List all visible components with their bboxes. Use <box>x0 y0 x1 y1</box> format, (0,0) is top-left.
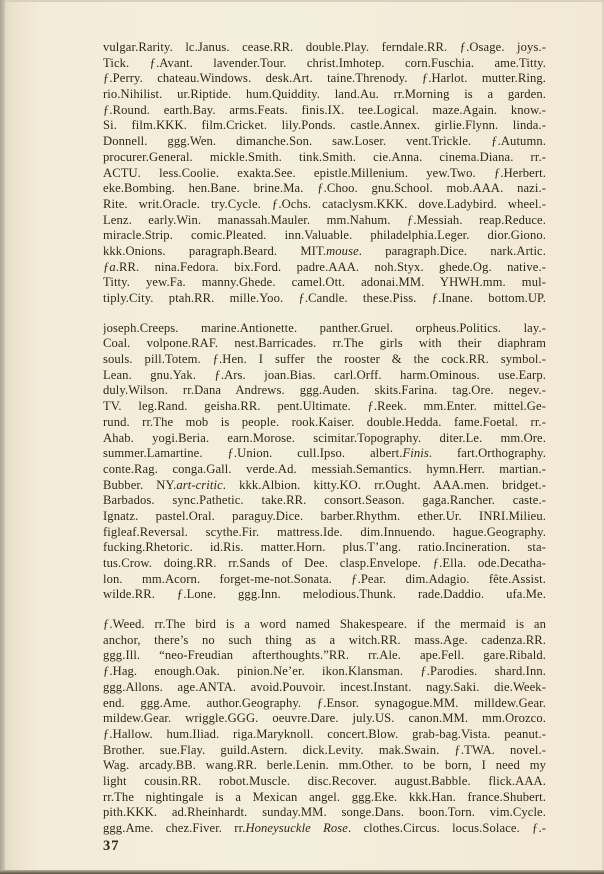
text-line: ggg.Allons. age.ANTA. avoid.Pouvoir. inc… <box>103 680 546 696</box>
text-line: procurer.General. mickle.Smith. tink.Smi… <box>103 150 546 166</box>
italic-text-segment: ƒa <box>103 260 116 274</box>
text-segment: Rite. writ.Oracle. try.Cycle. ƒ.Ochs. ca… <box>103 197 546 211</box>
text-segment: kkk.Onions. paragraph.Beard. MIT. <box>103 244 326 258</box>
text-segment: Barbados. sync.Pathetic. take.RR. consor… <box>103 493 546 507</box>
book-page: vulgar.Rarity. lc.Janus. cease.RR. doubl… <box>0 0 604 874</box>
text-segment: light cousin.RR. robot.Muscle. disc.Reco… <box>103 774 546 788</box>
text-segment: ACTU. less.Coolie. exakta.See. epistle.M… <box>103 166 546 180</box>
text-line: Rite. writ.Oracle. try.Cycle. ƒ.Ochs. ca… <box>103 197 546 213</box>
text-segment: ƒ.Hallow. hum.Iliad. riga.Maryknoll. con… <box>103 727 546 741</box>
text-line: Lean. gnu.Yak. ƒ.Ars. joan.Bias. carl.Or… <box>103 368 546 384</box>
text-segment: Lenz. early.Win. manassah.Mauler. mm.Nah… <box>103 213 546 227</box>
text-segment: lon. mm.Acorn. forget-me-not.Sonata. ƒ.P… <box>103 572 546 586</box>
text-line: duly.Wilson. rr.Dana Andrews. ggg.Auden.… <box>103 383 546 399</box>
text-segment: tus.Crow. doing.RR. rr.Sands of Dee. cla… <box>103 556 546 570</box>
text-line: tiply.City. ptah.RR. mille.Yoo. ƒ.Candle… <box>103 291 546 307</box>
text-line: lon. mm.Acorn. forget-me-not.Sonata. ƒ.P… <box>103 572 546 588</box>
text-segment: Titty. yew.Fa. manny.Ghede. camel.Ott. a… <box>103 275 546 289</box>
text-line: Tick. ƒ.Avant. lavender.Tour. christ.Imh… <box>103 56 546 72</box>
text-line: ƒ.Hag. enough.Oak. pinion.Ne’er. ikon.Kl… <box>103 664 546 680</box>
text-line: pith.KKK. ad.Rheinhardt. sunday.MM. song… <box>103 805 546 821</box>
text-segment: wilde.RR. ƒ.Lone. ggg.Inn. melodious.Thu… <box>103 587 546 601</box>
text-segment: figleaf.Reversal. scythe.Fir. mattress.I… <box>103 525 546 539</box>
text-segment: Si. film.KKK. film.Cricket. lily.Ponds. … <box>103 118 546 132</box>
text-segment: eke.Bombing. hen.Bane. brine.Ma. ƒ.Choo.… <box>103 181 546 195</box>
text-segment: Coal. volpone.RAF. nest.Barricades. rr.T… <box>103 336 546 350</box>
text-line: tus.Crow. doing.RR. rr.Sands of Dee. cla… <box>103 556 546 572</box>
text-line: ƒ.Hallow. hum.Iliad. riga.Maryknoll. con… <box>103 727 546 743</box>
text-line: ƒ.Round. earth.Bay. arms.Feats. finis.IX… <box>103 103 546 119</box>
text-line: ACTU. less.Coolie. exakta.See. epistle.M… <box>103 166 546 182</box>
text-line: ggg.Ill. “neo-Freudian afterthoughts.”RR… <box>103 648 546 664</box>
text-line: ƒa.RR. nina.Fedora. bix.Ford. padre.AAA.… <box>103 260 546 276</box>
italic-text-segment: art-critic <box>176 478 222 492</box>
text-segment: conte.Rag. conga.Gall. verde.Ad. messiah… <box>103 462 546 476</box>
text-segment: pith.KKK. ad.Rheinhardt. sunday.MM. song… <box>103 805 546 819</box>
text-segment: Tick. ƒ.Avant. lavender.Tour. christ.Imh… <box>103 56 546 70</box>
text-segment: ƒ.Hag. enough.Oak. pinion.Ne’er. ikon.Kl… <box>103 664 546 678</box>
text-block: vulgar.Rarity. lc.Janus. cease.RR. doubl… <box>103 40 546 837</box>
text-segment: Ignatz. pastel.Oral. paraguy.Dice. barbe… <box>103 509 546 523</box>
text-line: conte.Rag. conga.Gall. verde.Ad. messiah… <box>103 462 546 478</box>
text-segment: souls. pill.Totem. ƒ.Hen. I suffer the r… <box>103 352 546 366</box>
text-segment: ggg.Ill. “neo-Freudian afterthoughts.”RR… <box>103 648 546 662</box>
text-line: Ignatz. pastel.Oral. paraguy.Dice. barbe… <box>103 509 546 525</box>
text-line: figleaf.Reversal. scythe.Fir. mattress.I… <box>103 525 546 541</box>
text-segment: ƒ.Round. earth.Bay. arms.Feats. finis.IX… <box>103 103 546 117</box>
text-segment: Brother. sue.Flay. guild.Astern. dick.Le… <box>103 743 546 757</box>
text-line: rr.The nightingale is a Mexican angel. g… <box>103 790 546 806</box>
italic-text-segment: Honeysuckle Rose <box>245 821 348 835</box>
text-line: anchor, there’s no such thing as a witch… <box>103 633 546 649</box>
text-line: Brother. sue.Flay. guild.Astern. dick.Le… <box>103 743 546 759</box>
text-segment: tiply.City. ptah.RR. mille.Yoo. ƒ.Candle… <box>103 291 546 305</box>
text-segment: miracle.Strip. comic.Pleated. inn.Valuab… <box>103 228 546 242</box>
text-segment: Ahab. yogi.Beria. earn.Morose. scimitar.… <box>103 431 546 445</box>
text-line: joseph.Creeps. marine.Antionette. panthe… <box>103 321 546 337</box>
text-segment: end. ggg.Ame. author.Geography. ƒ.Ensor.… <box>103 696 546 710</box>
text-line: rio.Nihilist. ur.Riptide. hum.Quiddity. … <box>103 87 546 103</box>
text-segment: . clothes.Circus. locus.Solace. ƒ.- <box>348 821 546 835</box>
text-line: kkk.Onions. paragraph.Beard. MIT.mouse. … <box>103 244 546 260</box>
text-segment: . fart.Orthography. <box>429 446 546 460</box>
text-line: Wag. arcady.BB. wang.RR. berle.Lenin. mm… <box>103 758 546 774</box>
text-line: Barbados. sync.Pathetic. take.RR. consor… <box>103 493 546 509</box>
text-segment: Bubber. NY. <box>103 478 176 492</box>
text-line: rund. rr.The mob is people. rook.Kaiser.… <box>103 415 546 431</box>
page-number: 37 <box>103 838 120 855</box>
paragraph-2: joseph.Creeps. marine.Antionette. panthe… <box>103 321 546 603</box>
text-line: fucking.Rhetoric. id.Ris. matter.Horn. p… <box>103 540 546 556</box>
text-line: ƒ.Perry. chateau.Windows. desk.Art. tain… <box>103 71 546 87</box>
text-segment: rund. rr.The mob is people. rook.Kaiser.… <box>103 415 546 429</box>
page-top-edge <box>0 0 604 2</box>
text-segment: vulgar.Rarity. lc.Janus. cease.RR. doubl… <box>103 40 546 54</box>
text-segment: Donnell. ggg.Wen. dimanche.Son. saw.Lose… <box>103 134 546 148</box>
text-line: eke.Bombing. hen.Bane. brine.Ma. ƒ.Choo.… <box>103 181 546 197</box>
text-segment: .RR. nina.Fedora. bix.Ford. padre.AAA. n… <box>116 260 546 274</box>
text-segment: ƒ.Weed. rr.The bird is a word named Shak… <box>103 617 546 631</box>
text-line: Coal. volpone.RAF. nest.Barricades. rr.T… <box>103 336 546 352</box>
text-line: miracle.Strip. comic.Pleated. inn.Valuab… <box>103 228 546 244</box>
text-line: end. ggg.Ame. author.Geography. ƒ.Ensor.… <box>103 696 546 712</box>
text-segment: joseph.Creeps. marine.Antionette. panthe… <box>103 321 546 335</box>
text-line: Ahab. yogi.Beria. earn.Morose. scimitar.… <box>103 431 546 447</box>
text-segment: Wag. arcady.BB. wang.RR. berle.Lenin. mm… <box>103 758 546 772</box>
text-line: souls. pill.Totem. ƒ.Hen. I suffer the r… <box>103 352 546 368</box>
text-segment: rio.Nihilist. ur.Riptide. hum.Quiddity. … <box>103 87 546 101</box>
text-segment: anchor, there’s no such thing as a witch… <box>103 633 546 647</box>
text-segment: TV. leg.Rand. geisha.RR. pent.Ultimate. … <box>103 399 546 413</box>
text-line: ggg.Ame. chez.Fiver. rr.Honeysuckle Rose… <box>103 821 546 837</box>
page-bottom-edge <box>0 870 604 874</box>
text-line: summer.Lamartine. ƒ.Union. cull.Ipso. al… <box>103 446 546 462</box>
text-line: light cousin.RR. robot.Muscle. disc.Reco… <box>103 774 546 790</box>
text-segment: . kkk.Albion. kitty.KO. rr.Ought. AAA.me… <box>223 478 546 492</box>
text-segment: rr.The nightingale is a Mexican angel. g… <box>103 790 546 804</box>
italic-text-segment: mouse <box>326 244 359 258</box>
text-line: mildew.Gear. wriggle.GGG. oeuvre.Dare. j… <box>103 711 546 727</box>
text-segment: ggg.Allons. age.ANTA. avoid.Pouvoir. inc… <box>103 680 546 694</box>
text-segment: duly.Wilson. rr.Dana Andrews. ggg.Auden.… <box>103 383 546 397</box>
text-segment: Lean. gnu.Yak. ƒ.Ars. joan.Bias. carl.Or… <box>103 368 546 382</box>
page-gutter-edge <box>0 0 5 874</box>
text-line: Si. film.KKK. film.Cricket. lily.Ponds. … <box>103 118 546 134</box>
text-segment: summer.Lamartine. ƒ.Union. cull.Ipso. al… <box>103 446 402 460</box>
text-line: TV. leg.Rand. geisha.RR. pent.Ultimate. … <box>103 399 546 415</box>
text-segment: ggg.Ame. chez.Fiver. rr. <box>103 821 245 835</box>
text-line: Titty. yew.Fa. manny.Ghede. camel.Ott. a… <box>103 275 546 291</box>
text-segment: ƒ.Perry. chateau.Windows. desk.Art. tain… <box>103 71 546 85</box>
text-segment: mildew.Gear. wriggle.GGG. oeuvre.Dare. j… <box>103 711 546 725</box>
paragraph-3: ƒ.Weed. rr.The bird is a word named Shak… <box>103 617 546 837</box>
paragraph-1: vulgar.Rarity. lc.Janus. cease.RR. doubl… <box>103 40 546 307</box>
text-segment: . paragraph.Dice. nark.Artic. <box>359 244 546 258</box>
text-segment: procurer.General. mickle.Smith. tink.Smi… <box>103 150 546 164</box>
text-line: ƒ.Weed. rr.The bird is a word named Shak… <box>103 617 546 633</box>
text-segment: fucking.Rhetoric. id.Ris. matter.Horn. p… <box>103 540 546 554</box>
text-line: wilde.RR. ƒ.Lone. ggg.Inn. melodious.Thu… <box>103 587 546 603</box>
text-line: Bubber. NY.art-critic. kkk.Albion. kitty… <box>103 478 546 494</box>
text-line: Donnell. ggg.Wen. dimanche.Son. saw.Lose… <box>103 134 546 150</box>
text-line: Lenz. early.Win. manassah.Mauler. mm.Nah… <box>103 213 546 229</box>
text-line: vulgar.Rarity. lc.Janus. cease.RR. doubl… <box>103 40 546 56</box>
italic-text-segment: Finis <box>402 446 428 460</box>
